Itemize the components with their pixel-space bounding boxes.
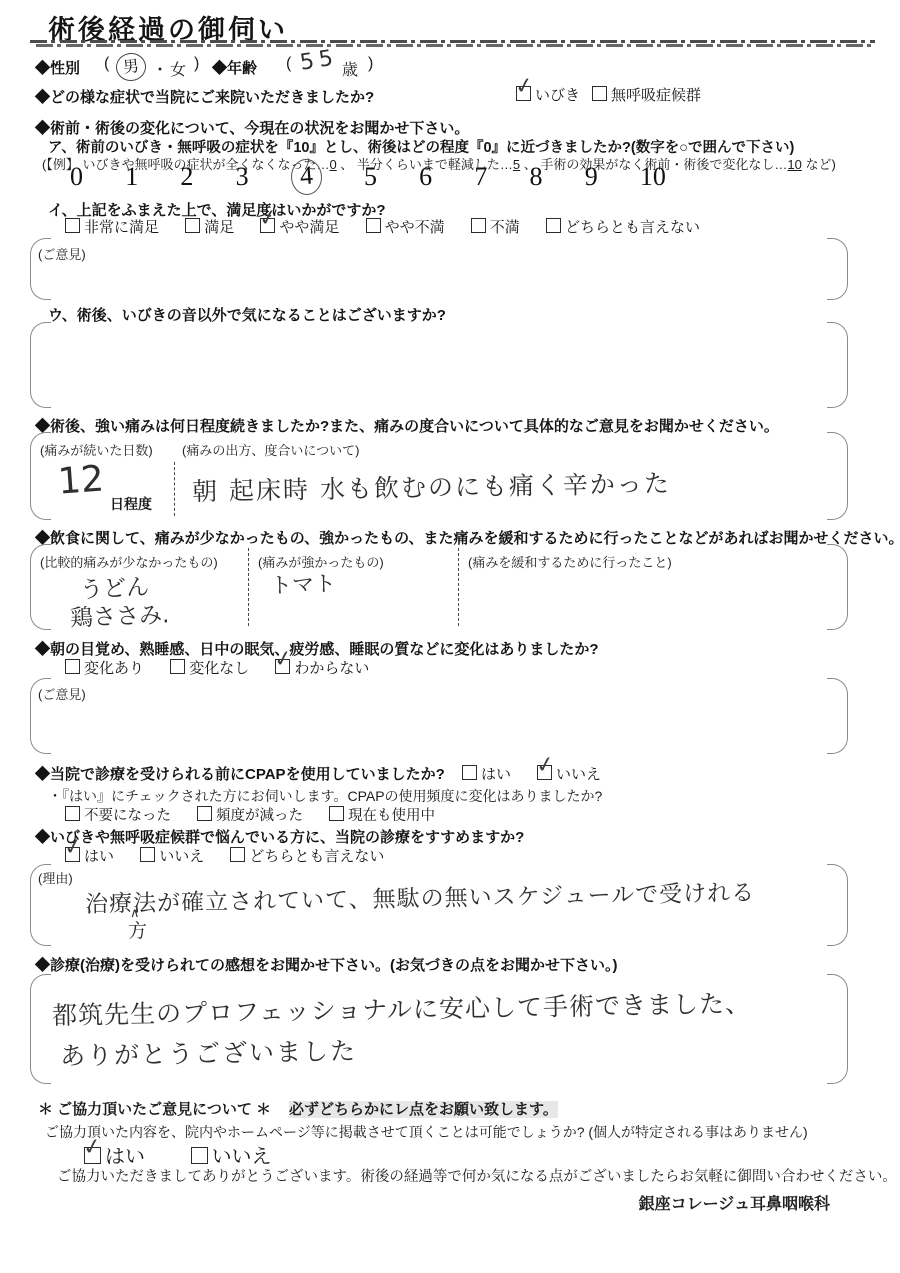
footer-note-prefix: ＊ ご協力頂いたご意見について ＊ bbox=[38, 1101, 271, 1118]
neither-checkbox[interactable] bbox=[546, 218, 561, 233]
reason-handwritten: 治療法が確立されていて、無駄の無いスケジュールで受けれる bbox=[85, 874, 756, 919]
reason-label: (理由) bbox=[38, 868, 73, 887]
impression-line1-handwritten: 都筑先生のプロフェッショナルに安心して手術できました、 bbox=[52, 984, 752, 1032]
satisfied-checkbox[interactable] bbox=[185, 218, 200, 233]
scale-7[interactable]: 7 bbox=[474, 162, 487, 192]
sleep-question: ◆朝の目覚め、熟睡感、日中の眠気、疲労感、睡眠の質などに変化はありましたか? bbox=[35, 638, 599, 659]
option-change-no[interactable]: 変化なし bbox=[170, 660, 249, 677]
title-underline bbox=[30, 40, 875, 43]
recommend-yes-label: はい bbox=[84, 848, 114, 865]
cpap-option-no[interactable]: いいえ bbox=[537, 763, 601, 784]
age-paren-close: ) bbox=[368, 55, 373, 73]
pain-detail-label: (痛みの出方、度合いについて) bbox=[182, 440, 359, 459]
cpap-followup-options: 不要になった 頻度が減った 現在も使用中 bbox=[65, 804, 457, 825]
recommend-options: はい いいえ どちらとも言えない bbox=[65, 845, 406, 866]
eating-col3-label: (痛みを緩和するために行ったこと) bbox=[468, 552, 672, 571]
pain-answer-box[interactable]: (痛みが続いた日数) (痛みの出方、度合いについて) 12 日程度 朝 起床時 … bbox=[30, 432, 848, 520]
satisfied-label: 満足 bbox=[204, 219, 234, 236]
dissatisfied-checkbox[interactable] bbox=[471, 218, 486, 233]
publish-no-checkbox[interactable] bbox=[191, 1147, 208, 1164]
impression-line2-handwritten: ありがとうございました bbox=[60, 1031, 358, 1072]
eating-divider-2 bbox=[458, 548, 459, 626]
option-change-yes[interactable]: 変化あり bbox=[65, 660, 144, 677]
scale-8[interactable]: 8 bbox=[530, 162, 543, 192]
scale-4: 4 bbox=[299, 161, 314, 191]
dissatisfied-label: 不満 bbox=[490, 219, 520, 236]
option-somewhat-satisfied[interactable]: やや満足 bbox=[260, 219, 339, 236]
recommend-reason-box[interactable]: (理由) 治療法が確立されていて、無駄の無いスケジュールで受けれる ∧ 方 bbox=[30, 864, 848, 946]
symptom-question: ◆どの様な症状で当院にご来院いただきましたか? bbox=[35, 86, 374, 107]
somewhat-satisfied-label: やや満足 bbox=[279, 219, 339, 236]
sleep-options: 変化あり 変化なし わからない bbox=[65, 657, 391, 678]
option-satisfied[interactable]: 満足 bbox=[185, 219, 234, 236]
eating-divider-1 bbox=[248, 548, 249, 626]
age-paren-open: ( bbox=[286, 55, 291, 73]
change-yes-checkbox[interactable] bbox=[65, 659, 80, 674]
title-underline-2 bbox=[36, 44, 875, 47]
frequency-reduced-label: 頻度が減った bbox=[216, 808, 303, 824]
option-still-using[interactable]: 現在も使用中 bbox=[329, 808, 435, 824]
cpap-yes-label: はい bbox=[481, 766, 511, 783]
scale-3[interactable]: 3 bbox=[236, 162, 249, 192]
sleep-comment-box[interactable]: (ご意見) bbox=[30, 678, 848, 754]
symptom-option-snoring[interactable]: いびき bbox=[516, 84, 580, 105]
gender-female[interactable]: 女 bbox=[170, 57, 186, 80]
publish-question: ご協力頂いた内容を、院内やホームページ等に掲載させて頂くことは可能でしょうか? … bbox=[45, 1122, 808, 1142]
scale-5[interactable]: 5 bbox=[364, 162, 377, 192]
satisfaction-options: 非常に満足 満足 やや満足 やや不満 不満 どちらとも言えない bbox=[65, 216, 722, 237]
option-very-satisfied[interactable]: 非常に満足 bbox=[65, 219, 159, 236]
gender-separator: ・ bbox=[152, 57, 168, 80]
gender-paren-open: ( bbox=[104, 55, 109, 73]
cpap-no-checkbox[interactable] bbox=[537, 765, 552, 780]
gender-male-circled[interactable]: 男 bbox=[115, 52, 148, 83]
change-yes-label: 変化あり bbox=[84, 660, 144, 677]
gender-label: ◆性別 bbox=[35, 57, 80, 78]
clinic-name: 銀座コレージュ耳鼻咽喉科 bbox=[30, 1191, 830, 1214]
cpap-yes-checkbox[interactable] bbox=[462, 765, 477, 780]
scale-4-circled[interactable]: 4 bbox=[290, 158, 323, 196]
cpap-option-yes[interactable]: はい bbox=[462, 763, 511, 784]
option-no-longer-needed[interactable]: 不要になった bbox=[65, 808, 171, 824]
recommend-question: ◆いびきや無呼吸症候群で悩んでいる方に、当院の診療をすすめますか? bbox=[35, 826, 524, 847]
pain-days-value-handwritten: 12 bbox=[57, 458, 106, 502]
no-longer-needed-checkbox[interactable] bbox=[65, 806, 80, 821]
change-heading: ◆術前・術後の変化について、今現在の状況をお聞かせ下さい。 bbox=[35, 117, 469, 138]
scale-9[interactable]: 9 bbox=[585, 162, 598, 192]
option-recommend-yes[interactable]: はい bbox=[65, 848, 114, 865]
option-somewhat-dissatisfied[interactable]: やや不満 bbox=[366, 219, 445, 236]
option-neither[interactable]: どちらとも言えない bbox=[546, 219, 700, 236]
still-using-checkbox[interactable] bbox=[329, 806, 344, 821]
frequency-reduced-checkbox[interactable] bbox=[197, 806, 212, 821]
apnea-label: 無呼吸症候群 bbox=[611, 87, 701, 104]
gender-male: 男 bbox=[122, 58, 140, 77]
still-using-label: 現在も使用中 bbox=[348, 808, 435, 824]
somewhat-dissatisfied-label: やや不満 bbox=[385, 219, 445, 236]
very-satisfied-checkbox[interactable] bbox=[65, 218, 80, 233]
recommend-no-checkbox[interactable] bbox=[140, 847, 155, 862]
cpap-question: ◆当院で診療を受けられる前にCPAPを使用していましたか? bbox=[35, 763, 445, 784]
scale-6[interactable]: 6 bbox=[419, 162, 432, 192]
footer-note: ＊ ご協力頂いたご意見について ＊必ずどちらかにレ点をお願い致します。 bbox=[38, 1098, 558, 1119]
somewhat-dissatisfied-checkbox[interactable] bbox=[366, 218, 381, 233]
recommend-neither-label: どちらとも言えない bbox=[249, 848, 384, 865]
pain-detail-handwritten: 朝 起床時 水も飲むのにも痛く辛かった bbox=[192, 464, 671, 508]
option-recommend-no[interactable]: いいえ bbox=[140, 848, 204, 865]
snoring-label: いびき bbox=[535, 87, 580, 104]
pain-days-label: (痛みが続いた日数) bbox=[40, 440, 153, 459]
scale-0[interactable]: 0 bbox=[70, 162, 83, 192]
scale-2[interactable]: 2 bbox=[180, 162, 193, 192]
age-value-handwritten: 55 bbox=[298, 45, 339, 76]
eating-col1-line2-handwritten: 鶏ささみ. bbox=[69, 596, 169, 632]
recommend-no-label: いいえ bbox=[159, 848, 204, 865]
age-unit: 歳 bbox=[342, 57, 358, 80]
no-longer-needed-label: 不要になった bbox=[84, 808, 171, 824]
recommend-yes-checkbox[interactable] bbox=[65, 847, 80, 862]
score-scale: 0 1 2 3 4 5 6 7 8 9 10 bbox=[70, 160, 666, 194]
change-no-label: 変化なし bbox=[189, 660, 249, 677]
option-frequency-reduced[interactable]: 頻度が減った bbox=[197, 808, 303, 824]
satisfaction-comment-box[interactable]: (ご意見) bbox=[30, 238, 848, 300]
thanks-note: ご協力いただきましてありがとうございます。術後の経過等で何か気になる点がございま… bbox=[57, 1165, 897, 1186]
comment-label: (ご意見) bbox=[38, 244, 86, 263]
concerns-answer-box[interactable] bbox=[30, 322, 848, 408]
impression-heading: ◆診療(治療)を受けられての感想をお聞かせ下さい。(お気づきの点をお聞かせ下さい… bbox=[35, 954, 618, 975]
gender-paren-close: ) bbox=[194, 55, 199, 73]
neither-label: どちらとも言えない bbox=[565, 219, 700, 236]
sleep-comment-label: (ご意見) bbox=[38, 684, 86, 703]
pain-days-unit: 日程度 bbox=[110, 494, 152, 514]
scale-1[interactable]: 1 bbox=[125, 162, 138, 192]
option-recommend-neither[interactable]: どちらとも言えない bbox=[230, 848, 384, 865]
very-satisfied-label: 非常に満足 bbox=[84, 219, 159, 236]
symptom-option-apnea[interactable]: 無呼吸症候群 bbox=[592, 84, 701, 105]
option-dissatisfied[interactable]: 不満 bbox=[471, 219, 520, 236]
pain-column-divider bbox=[174, 462, 175, 516]
publish-yes-checkbox[interactable] bbox=[84, 1147, 101, 1164]
age-label: ◆年齢 bbox=[212, 57, 257, 78]
option-change-unknown[interactable]: わからない bbox=[275, 660, 369, 677]
scale-10[interactable]: 10 bbox=[640, 162, 666, 192]
cpap-no-label: いいえ bbox=[556, 766, 601, 783]
change-no-checkbox[interactable] bbox=[170, 659, 185, 674]
snoring-checkbox[interactable] bbox=[516, 86, 531, 101]
impression-answer-box[interactable]: 都筑先生のプロフェッショナルに安心して手術できました、 ありがとうございました bbox=[30, 974, 848, 1084]
eating-col2-value-handwritten: トマト bbox=[269, 567, 336, 600]
eating-answer-box[interactable]: (比較的痛みが少なかったもの) (痛みが強かったもの) (痛みを緩和するために行… bbox=[30, 544, 848, 630]
recommend-neither-checkbox[interactable] bbox=[230, 847, 245, 862]
cpap-followup-note: ・『はい』にチェックされた方にお伺いします。CPAPの使用頻度に変化はありました… bbox=[48, 786, 602, 806]
eating-col1-label: (比較的痛みが少なかったもの) bbox=[40, 552, 218, 571]
questionnaire-form: 術後経過の御伺い ◆性別 ( 男 ・ 女 ) ◆年齢 ( 55 歳 ) ◆どの様… bbox=[0, 0, 900, 1273]
change-unknown-checkbox[interactable] bbox=[275, 659, 290, 674]
somewhat-satisfied-checkbox[interactable] bbox=[260, 218, 275, 233]
reason-insert-char-handwritten: 方 bbox=[128, 916, 147, 943]
footer-note-emphasis: 必ずどちらかにレ点をお願い致します。 bbox=[289, 1101, 558, 1118]
change-unknown-label: わからない bbox=[294, 660, 369, 677]
apnea-checkbox[interactable] bbox=[592, 86, 607, 101]
